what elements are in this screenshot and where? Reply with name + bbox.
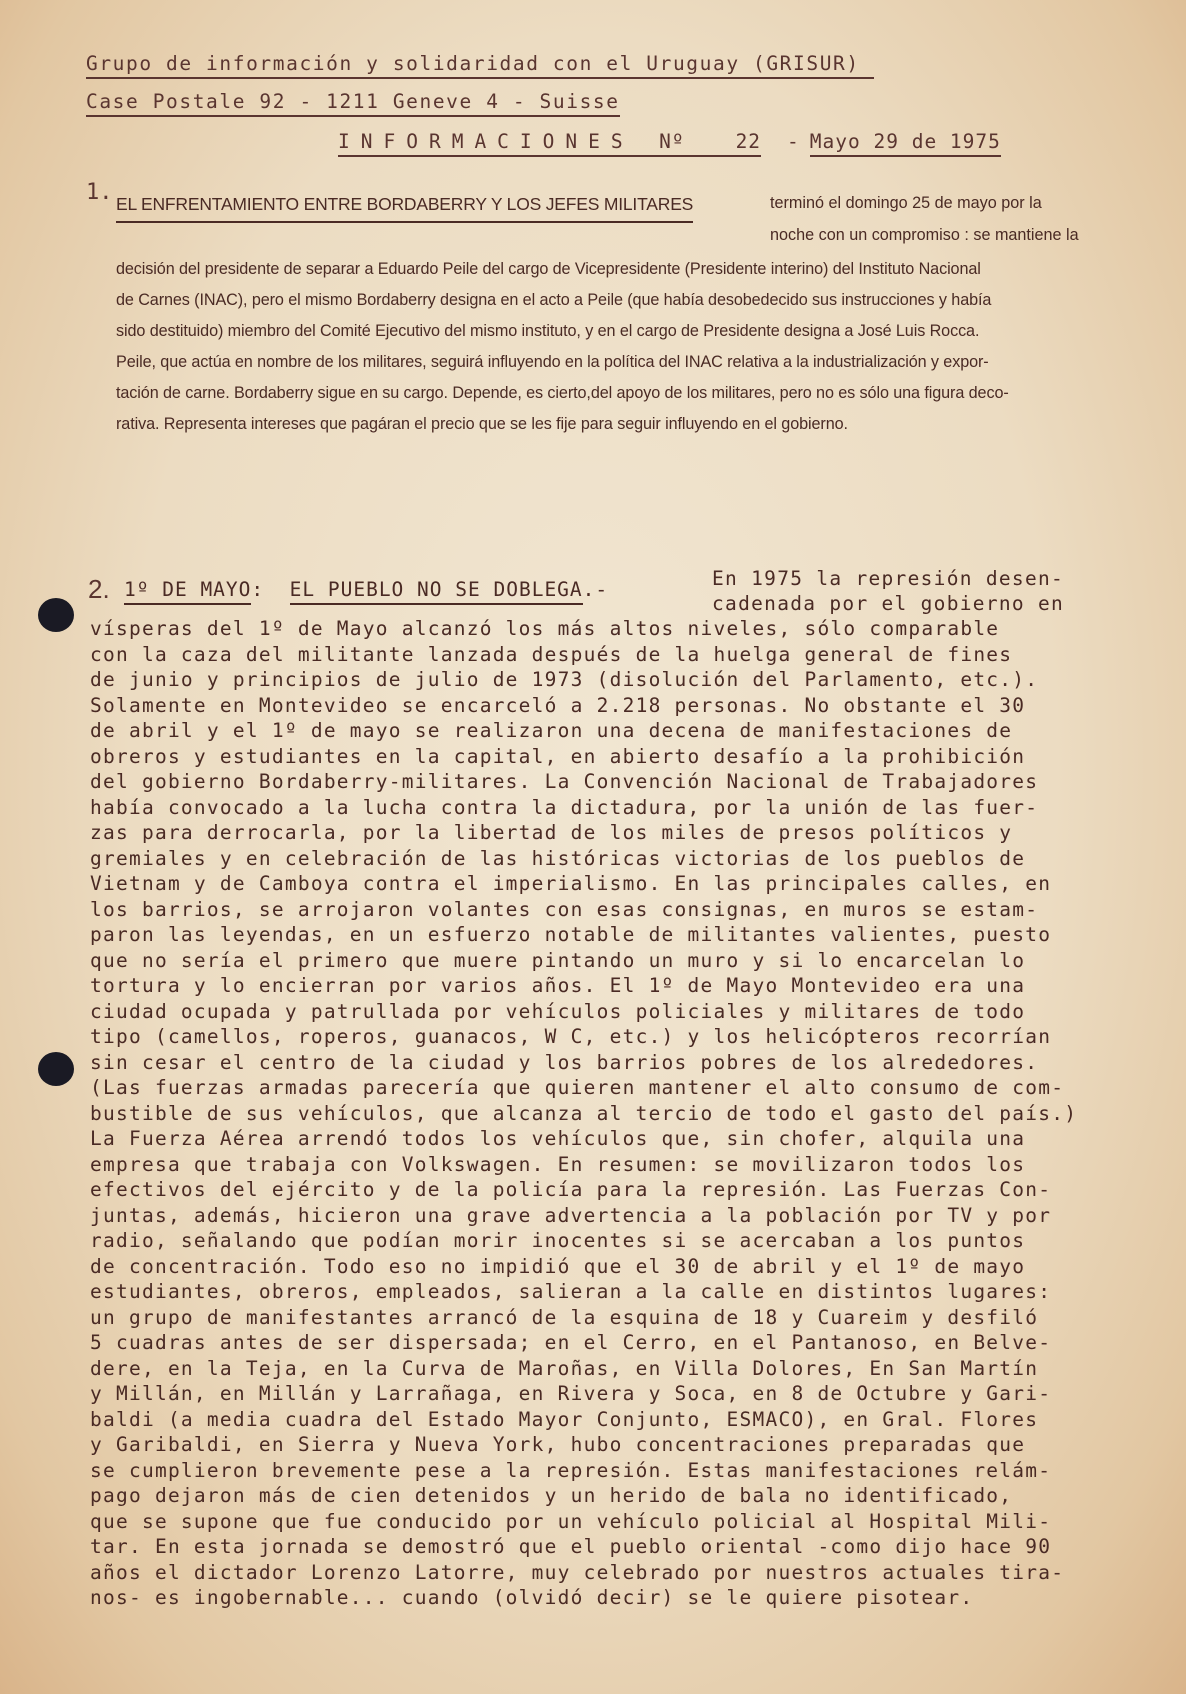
title-end-mark: .- [583,578,608,601]
body-line: paron las leyendas, en un esfuerzo notab… [90,922,1077,948]
punch-hole-icon [38,598,74,632]
body-line: decisión del presidente de separar a Edu… [116,254,1106,285]
section-1-second-line: noche con un compromiso : se mantiene la [770,226,1079,245]
body-line: baldi (a media cuadra del Estado Mayor C… [90,1407,1077,1433]
body-line: de abril y el 1º de mayo se realizaron u… [90,718,1077,744]
issue-number: 22 [736,130,761,153]
body-line: zas para derrocarla, por la libertad de … [90,820,1077,846]
body-line: del gobierno Bordaberry-militares. La Co… [90,769,1077,795]
body-line: bustible de sus vehículos, que alcanza a… [90,1101,1077,1127]
body-line: juntas, además, hicieron una grave adver… [90,1203,1077,1229]
section-2-number: 2. [88,574,110,605]
body-line: (Las fuerzas armadas parecería que quier… [90,1075,1077,1101]
organization-header: Grupo de información y solidaridad con e… [86,52,874,75]
section-1-title: EL ENFRENTAMIENTO ENTRE BORDABERRY Y LOS… [116,194,693,223]
body-line: radio, señalando que podían morir inocen… [90,1228,1077,1254]
issue-title: INFORMACIONES [338,130,634,153]
body-line: nos- es ingobernable... cuando (olvidó d… [90,1585,1077,1611]
section-1-first-line: terminó el domingo 25 de mayo por la [770,194,1042,213]
postal-address: Case Postale 92 - 1211 Geneve 4 - Suisse [86,90,620,117]
section-2-title-part2: EL PUEBLO NO SE DOBLEGA [290,578,583,605]
section-2-title: 1º DE MAYO: EL PUEBLO NO SE DOBLEGA.- [124,578,608,601]
body-line: 5 cuadras antes de ser dispersada; en el… [90,1330,1077,1356]
organization-name: Grupo de información y solidaridad con e… [86,52,874,79]
body-line: había convocado a la lucha contra la dic… [90,795,1077,821]
issue-date: Mayo 29 de 1975 [810,130,1001,157]
punch-hole-icon [38,1052,74,1086]
body-line: tipo (camellos, roperos, guanacos, W C, … [90,1024,1077,1050]
section-2-title-part1: 1º DE MAYO [124,578,251,605]
body-line: sido destituido) miembro del Comité Ejec… [116,316,1106,347]
body-line: tar. En esta jornada se demostró que el … [90,1534,1077,1560]
section-1-body: decisión del presidente de separar a Edu… [116,254,1106,440]
body-line: un grupo de manifestantes arrancó de la … [90,1305,1077,1331]
body-line: de concentración. Todo eso no impidió qu… [90,1254,1077,1280]
body-line: y Garibaldi, en Sierra y Nueva York, hub… [90,1432,1077,1458]
body-line: obreros y estudiantes en la capital, en … [90,744,1077,770]
body-line: sin cesar el centro de la ciudad y los b… [90,1050,1077,1076]
intro-line: En 1975 la represión desen- [712,566,1064,591]
body-line: los barrios, se arrojaron volantes con e… [90,897,1077,923]
body-line: con la caza del militante lanzada despué… [90,642,1077,668]
body-line: años el dictador Lorenzo Latorre, muy ce… [90,1560,1077,1586]
body-line: estudiantes, obreros, empleados, saliera… [90,1279,1077,1305]
body-line: vísperas del 1º de Mayo alcanzó los más … [90,616,1077,642]
address-header: Case Postale 92 - 1211 Geneve 4 - Suisse [86,90,620,113]
body-line: tortura y lo encierran por varios años. … [90,973,1077,999]
body-line: Vietnam y de Camboya contra el imperiali… [90,871,1077,897]
body-line: Peile, que actúa en nombre de los milita… [116,347,1106,378]
section-2-body: vísperas del 1º de Mayo alcanzó los más … [90,616,1077,1611]
body-line: rativa. Representa intereses que pagáran… [116,409,1106,440]
section-2-intro: En 1975 la represión desen- cadenada por… [712,566,1064,616]
body-line: gremiales y en celebración de las histór… [90,846,1077,872]
section-1-number: 1. [86,180,113,205]
document-page: Grupo de información y solidaridad con e… [0,0,1186,1694]
body-line: Solamente en Montevideo se encarceló a 2… [90,693,1077,719]
issue-number-label: Nº [659,130,684,153]
body-line: de junio y principios de julio de 1973 (… [90,667,1077,693]
intro-line: cadenada por el gobierno en [712,591,1064,616]
issue-header: INFORMACIONES Nº 22-Mayo 29 de 1975 [338,130,1001,153]
body-line: ciudad ocupada y patrullada por vehículo… [90,999,1077,1025]
body-line: y Millán, en Millán y Larrañaga, en Rive… [90,1381,1077,1407]
body-line: que no sería el primero que muere pintan… [90,948,1077,974]
body-line: de Carnes (INAC), pero el mismo Bordaber… [116,285,1106,316]
body-line: La Fuerza Aérea arrendó todos los vehícu… [90,1126,1077,1152]
body-line: efectivos del ejército y de la policía p… [90,1177,1077,1203]
body-line: que se supone que fue conducido por un v… [90,1509,1077,1535]
body-line: tación de carne. Bordaberry sigue en su … [116,378,1106,409]
body-line: se cumplieron brevemente pese a la repre… [90,1458,1077,1484]
title-separator: : [251,578,264,601]
body-line: pago dejaron más de cien detenidos y un … [90,1483,1077,1509]
body-line: dere, en la Teja, en la Curva de Maroñas… [90,1356,1077,1382]
body-line: empresa que trabaja con Volkswagen. En r… [90,1152,1077,1178]
